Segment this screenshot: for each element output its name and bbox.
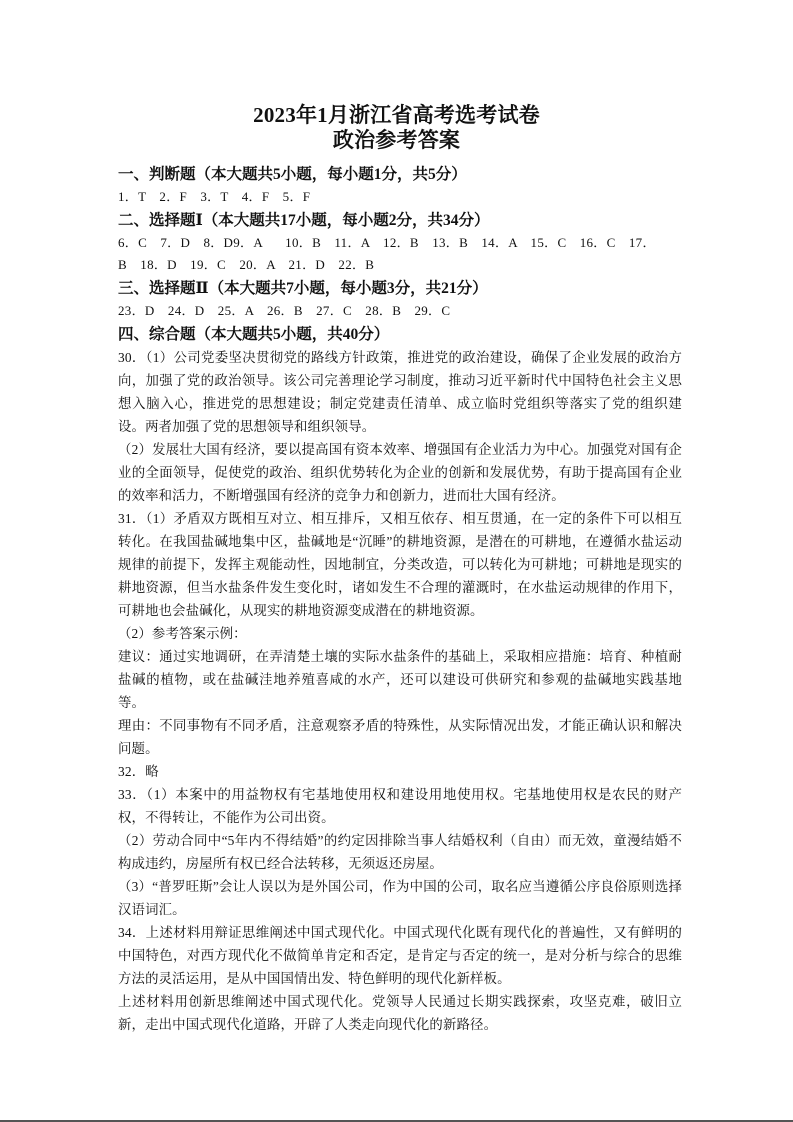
q34-part1: 34．上述材料用辩证思维阐述中国式现代化。中国式现代化既有现代化的普遍性，又有鲜… xyxy=(118,921,682,990)
answers-true-false: 1．T 2．F 3．T 4．F 5．F xyxy=(118,186,682,208)
section-heading-choice-1: 二、选择题Ⅰ（本大题共17小题，每小题2分，共34分） xyxy=(118,210,682,232)
q33-part1: 33．（1）本案中的用益物权有宅基地使用权和建设用地使用权。宅基地使用权是农民的… xyxy=(118,783,682,829)
answer-content: 一、判断题（本大题共5小题，每小题1分，共5分） 1．T 2．F 3．T 4．F… xyxy=(118,164,682,1036)
answers-choice-2: 23．D 24．D 25．A 26．B 27．C 28．B 29．C xyxy=(118,300,682,322)
q33-part3: （3）“普罗旺斯”会让人误以为是外国公司，作为中国的公司，取名应当遵循公序良俗原… xyxy=(118,875,682,921)
q32-answer: 32．略 xyxy=(118,760,682,783)
q31-part2-label: （2）参考答案示例： xyxy=(118,622,682,645)
section-heading-comprehensive: 四、综合题（本大题共5小题，共40分） xyxy=(118,324,682,346)
q30-part1: 30．（1）公司党委坚决贯彻党的路线方针政策，推进党的政治建设，确保了企业发展的… xyxy=(118,346,682,438)
q33-part2: （2）劳动合同中“5年内不得结婚”的约定因排除当事人结婚权利（自由）而无效，童漫… xyxy=(118,829,682,875)
answers-choice-1-line2: B 18．D 19．C 20．A 21．D 22．B xyxy=(118,254,682,276)
q31-part1: 31．（1）矛盾双方既相互对立、相互排斥，又相互依存、相互贯通，在一定的条件下可… xyxy=(118,507,682,622)
q31-suggestion: 建议：通过实地调研，在弄清楚土壤的实际水盐条件的基础上，采取相应措施：培育、种植… xyxy=(118,645,682,714)
q31-reason: 理由：不同事物有不同矛盾，注意观察矛盾的特殊性，从实际情况出发，才能正确认识和解… xyxy=(118,714,682,760)
q30-part2: （2）发展壮大国有经济，要以提高国有资本效率、增强国有企业活力为中心。加强党对国… xyxy=(118,438,682,507)
title-block: 2023年1月浙江省高考选考试卷 政治参考答案 xyxy=(0,103,793,153)
section-heading-choice-2: 三、选择题Ⅱ（本大题共7小题，每小题3分，共21分） xyxy=(118,278,682,300)
q34-part2: 上述材料用创新思维阐述中国式现代化。党领导人民通过长期实践探索，攻坚克难，破旧立… xyxy=(118,990,682,1036)
document-page: 2023年1月浙江省高考选考试卷 政治参考答案 一、判断题（本大题共5小题，每小… xyxy=(0,0,793,1122)
document-title: 2023年1月浙江省高考选考试卷 xyxy=(0,103,793,128)
answers-choice-1-line1: 6．C 7．D 8．D9．A 10．B 11．A 12．B 13．B 14．A … xyxy=(118,232,682,254)
section-heading-true-false: 一、判断题（本大题共5小题，每小题1分，共5分） xyxy=(118,164,682,186)
document-subtitle: 政治参考答案 xyxy=(0,128,793,153)
